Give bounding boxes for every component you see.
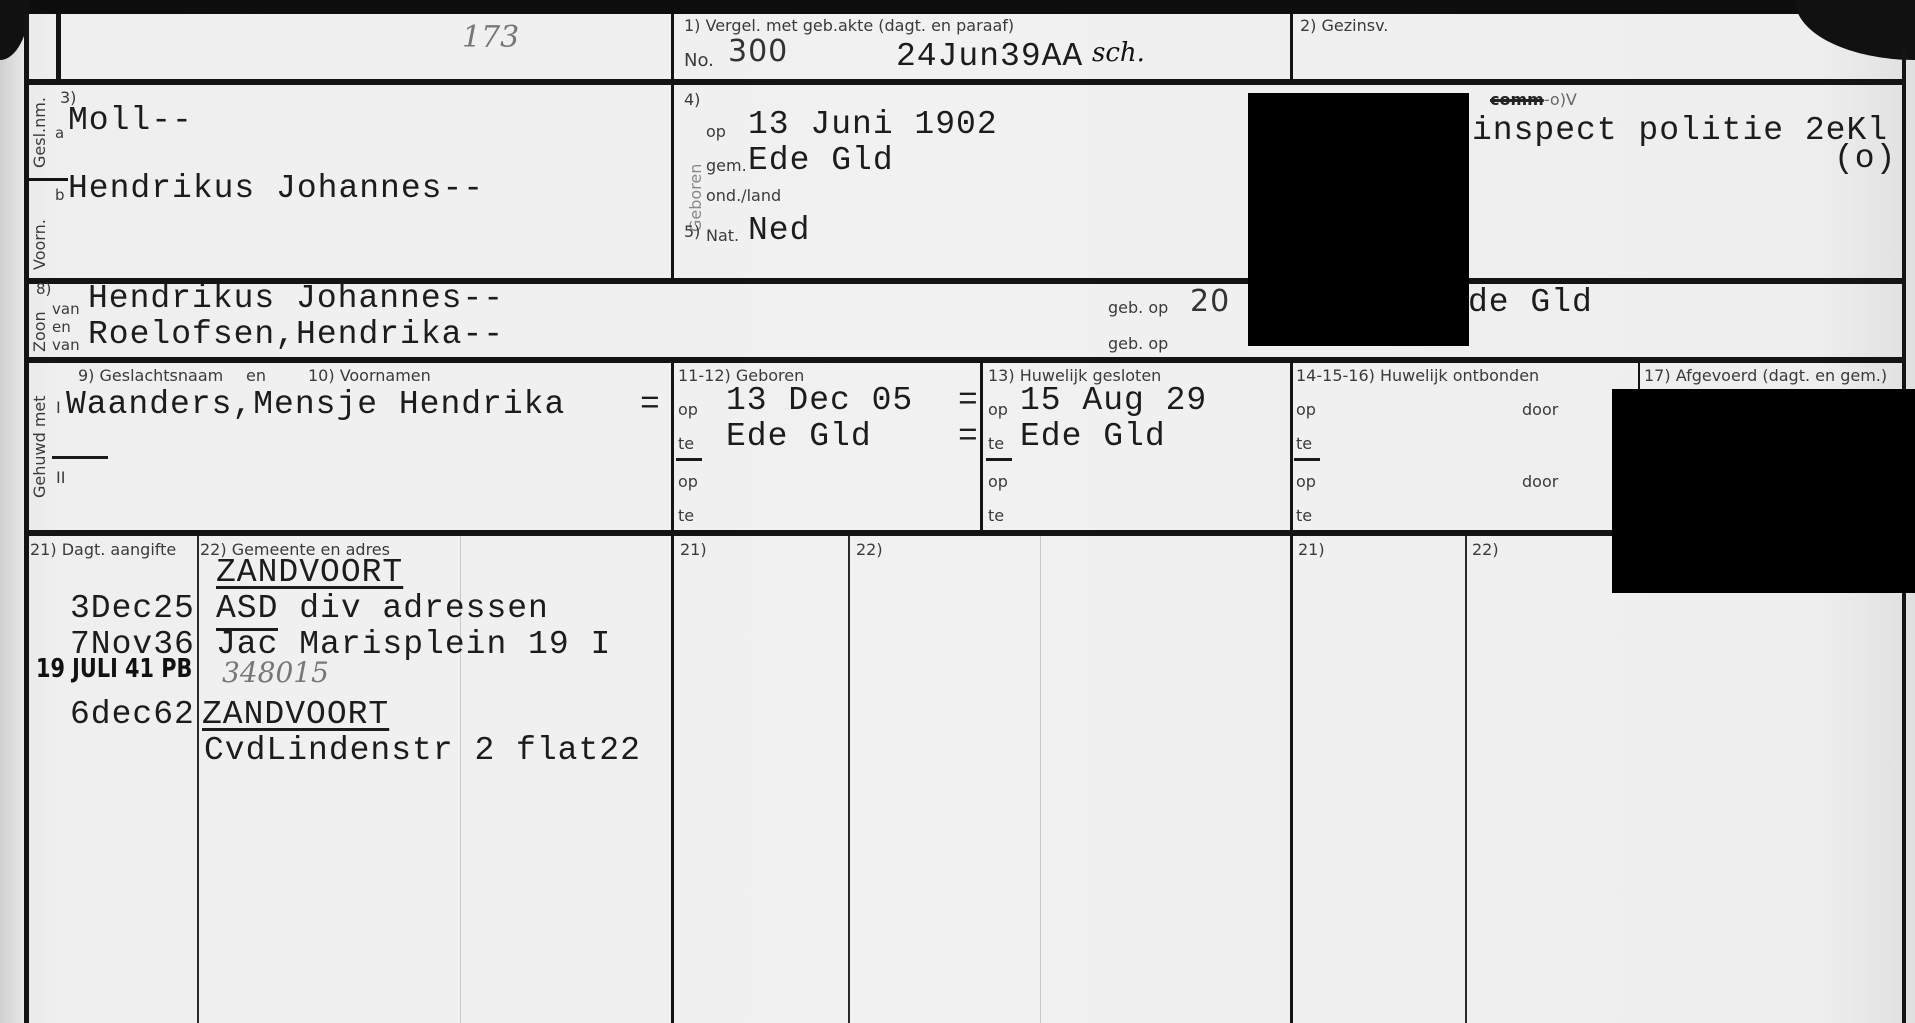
col-22-short-3: 22) (1472, 540, 1499, 559)
address-entry-6: CvdLindenstr 2 flat22 (204, 732, 641, 769)
father-birth-place: de Gld (1468, 284, 1593, 321)
dissolved-op-2: op (1296, 472, 1316, 491)
paraaf-signature: sch. (1092, 38, 1145, 68)
col-rule-1-top (671, 14, 674, 279)
spouse-birth-place: Ede Gld (726, 418, 872, 455)
marriage-date: 15 Aug 29 (1020, 382, 1207, 419)
name-divider-tick (28, 178, 68, 181)
father-name: Hendrikus Johannes-- (88, 280, 504, 317)
occupation-label: comm-o)V (1490, 90, 1577, 109)
spouse-row-1-marker: I (56, 398, 61, 417)
afgevoerd-label: 17) Afgevoerd (dagt. en gem.) (1644, 366, 1887, 385)
firstnames-value: Hendrikus Johannes-- (68, 170, 484, 207)
spouse-surname-label: 9) Geslachtsnaam (78, 366, 223, 385)
card-top-shadow (0, 0, 1915, 14)
parents-field-number: 8) (36, 280, 51, 298)
spouse-row-2-marker: II (56, 468, 65, 487)
card-number-handwritten: 173 (462, 20, 519, 55)
spouse-1-name: Waanders,Mensje Hendrika (66, 386, 565, 423)
te-underline (1294, 458, 1320, 461)
te-underline (986, 458, 1012, 461)
redaction-afgevoerd-area (1612, 389, 1915, 593)
surname-side-label: Gesl.nm. (30, 97, 49, 168)
father-van-label: van (52, 300, 80, 318)
rule-header (24, 79, 1906, 85)
spouse-firstnames-label: 10) Voornamen (308, 366, 431, 385)
birth-equals-1: = (958, 382, 979, 419)
col-rule-date-3 (1465, 536, 1467, 1023)
birth-place: Ede Gld (748, 142, 894, 179)
marriage-place: Ede Gld (1020, 418, 1166, 455)
occupation-code: (o) (1834, 140, 1896, 177)
spouse-birth-date: 13 Dec 05 (726, 382, 913, 419)
parents-side-label: Zoon (30, 311, 49, 352)
nationality-value: Ned (748, 212, 810, 249)
col-rule-marriage (980, 360, 983, 532)
firstnames-side-label: Voorn. (30, 219, 49, 270)
spouse-born-te-2: te (678, 506, 694, 525)
card-corner-shadow-right (1795, 0, 1915, 60)
marriage-dissolved-label: 14-15-16) Huwelijk ontbonden (1296, 366, 1539, 385)
address-entry-5: ZANDVOORT (202, 696, 389, 733)
spouse-1-equals: = (640, 386, 661, 423)
occupation-label-suffix: -o)V (1544, 90, 1577, 109)
col-rule-1-bottom (671, 360, 674, 1023)
address-entry-1: ZANDVOORT (216, 554, 403, 591)
col-22-short-2: 22) (856, 540, 883, 559)
frame-left (24, 14, 29, 1023)
nat-label: Nat. (706, 226, 739, 245)
spouse-separator (52, 456, 108, 459)
marriage-op-1: op (988, 400, 1008, 419)
occupation-value: inspect politie 2eKl (1472, 112, 1888, 149)
dissolved-te-1: te (1296, 434, 1312, 453)
mother-van-label: van (52, 336, 80, 354)
spouse-born-op-2: op (678, 472, 698, 491)
occupation-label-crossed: comm (1490, 90, 1544, 109)
spouse-born-te-1: te (678, 434, 694, 453)
birth-equals-2: = (958, 418, 979, 455)
address-date-5: 6dec62 (70, 696, 195, 733)
mother-geb-label: geb. op (1108, 334, 1168, 353)
col-rule-2-bottom (1290, 360, 1293, 1023)
person-registration-card: 173 1) Vergel. met geb.akte (dagt. en pa… (0, 0, 1915, 1023)
mother-name: Roelofsen,Hendrika-- (88, 316, 504, 353)
birth-ond-label: ond./land (706, 186, 781, 205)
col-rule-date-2 (848, 536, 850, 1023)
marker-a: a (55, 124, 64, 142)
field-1-label: 1) Vergel. met geb.akte (dagt. en paraaf… (684, 16, 1014, 35)
no-label: No. (684, 50, 714, 71)
dissolved-te-2: te (1296, 506, 1312, 525)
surname-value: Moll-- (68, 102, 193, 139)
marriage-te-1: te (988, 434, 1004, 453)
address-entry-2: ASD div adressen (216, 590, 549, 627)
spouse-born-op-1: op (678, 400, 698, 419)
birth-date: 13 Juni 1902 (748, 106, 998, 143)
father-birth-value: 20 (1190, 284, 1230, 319)
marriage-op-2: op (988, 472, 1008, 491)
te-underline (676, 458, 702, 461)
marriage-te-2: te (988, 506, 1004, 525)
col-rule-2-top (1290, 14, 1293, 82)
birth-field-number: 4) (684, 90, 700, 109)
frame-left-stub (56, 14, 61, 82)
address-date-2: 3Dec25 (70, 590, 195, 627)
col-21-short-2: 21) (680, 540, 707, 559)
rule-parents (24, 357, 1906, 363)
akte-number: 300 (728, 34, 788, 69)
faint-rule (1040, 536, 1041, 1023)
nat-field-number: 5) (684, 222, 700, 241)
dissolved-door-1: door (1522, 400, 1558, 419)
marker-b: b (55, 186, 65, 204)
col-21-label: 21) Dagt. aangifte (30, 540, 176, 559)
date-stamp: 19 JULI 41 PB (36, 654, 192, 684)
dissolved-op-1: op (1296, 400, 1316, 419)
birth-op-label: op (706, 122, 726, 141)
dissolved-door-2: door (1522, 472, 1558, 491)
col-21-short-3: 21) (1298, 540, 1325, 559)
field-2-label: 2) Gezinsv. (1300, 16, 1388, 35)
card-left-edge (0, 0, 22, 1023)
verified-date: 24Jun39AA (896, 38, 1083, 75)
father-geb-label: geb. op (1108, 298, 1168, 317)
col-rule-date (197, 536, 199, 1023)
marriage-side-label: Gehuwd met (30, 395, 49, 498)
spouse-en-label: en (246, 366, 266, 385)
parents-en-label: en (52, 318, 71, 336)
handwritten-number: 348015 (222, 656, 329, 689)
birth-gem-label: gem. (706, 156, 747, 175)
redaction-occupation-area (1248, 93, 1469, 346)
